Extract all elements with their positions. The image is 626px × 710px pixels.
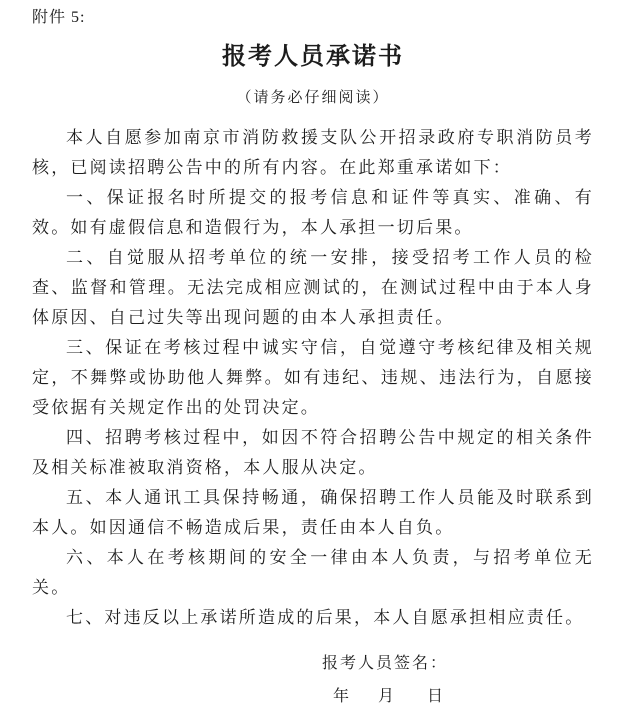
date-line: 年 月 日 xyxy=(333,683,443,706)
date-year-label: 年 xyxy=(333,688,349,705)
paragraph-clause-6: 六、本人在考核期间的安全一律由本人负责，与招考单位无关。 xyxy=(32,543,594,603)
page-title: 报考人员承诺书 xyxy=(32,42,594,72)
signature-label: 报考人员签名： xyxy=(322,650,448,673)
paragraph-clause-5: 五、本人通讯工具保持畅通，确保招聘工作人员能及时联系到本人。如因通信不畅造成后果… xyxy=(32,483,594,543)
paragraph-clause-1: 一、保证报名时所提交的报考信息和证件等真实、准确、有效。如有虚假信息和造假行为，… xyxy=(32,183,594,243)
paragraph-clause-2: 二、自觉服从招考单位的统一安排，接受招考工作人员的检查、监督和管理。无法完成相应… xyxy=(32,243,594,333)
document-body: 本人自愿参加南京市消防救援支队公开招录政府专职消防员考核，已阅读招聘公告中的所有… xyxy=(32,123,594,633)
paragraph-clause-7: 七、对违反以上承诺所造成的后果，本人自愿承担相应责任。 xyxy=(32,603,594,633)
paragraph-intro: 本人自愿参加南京市消防救援支队公开招录政府专职消防员考核，已阅读招聘公告中的所有… xyxy=(32,123,594,183)
document-subtitle: （请务必仔细阅读） xyxy=(32,88,594,108)
paragraph-clause-4: 四、招聘考核过程中，如因不符合招聘公告中规定的相关条件及相关标准被取消资格，本人… xyxy=(32,423,594,483)
paragraph-clause-3: 三、保证在考核过程中诚实守信，自觉遵守考核纪律及相关规定，不舞弊或协助他人舞弊。… xyxy=(32,333,594,423)
date-day-label: 日 xyxy=(427,688,443,705)
attachment-label: 附件 5: xyxy=(32,8,594,28)
date-month-label: 月 xyxy=(378,688,394,705)
document-page: 附件 5: 报考人员承诺书 （请务必仔细阅读） 本人自愿参加南京市消防救援支队公… xyxy=(0,0,626,710)
